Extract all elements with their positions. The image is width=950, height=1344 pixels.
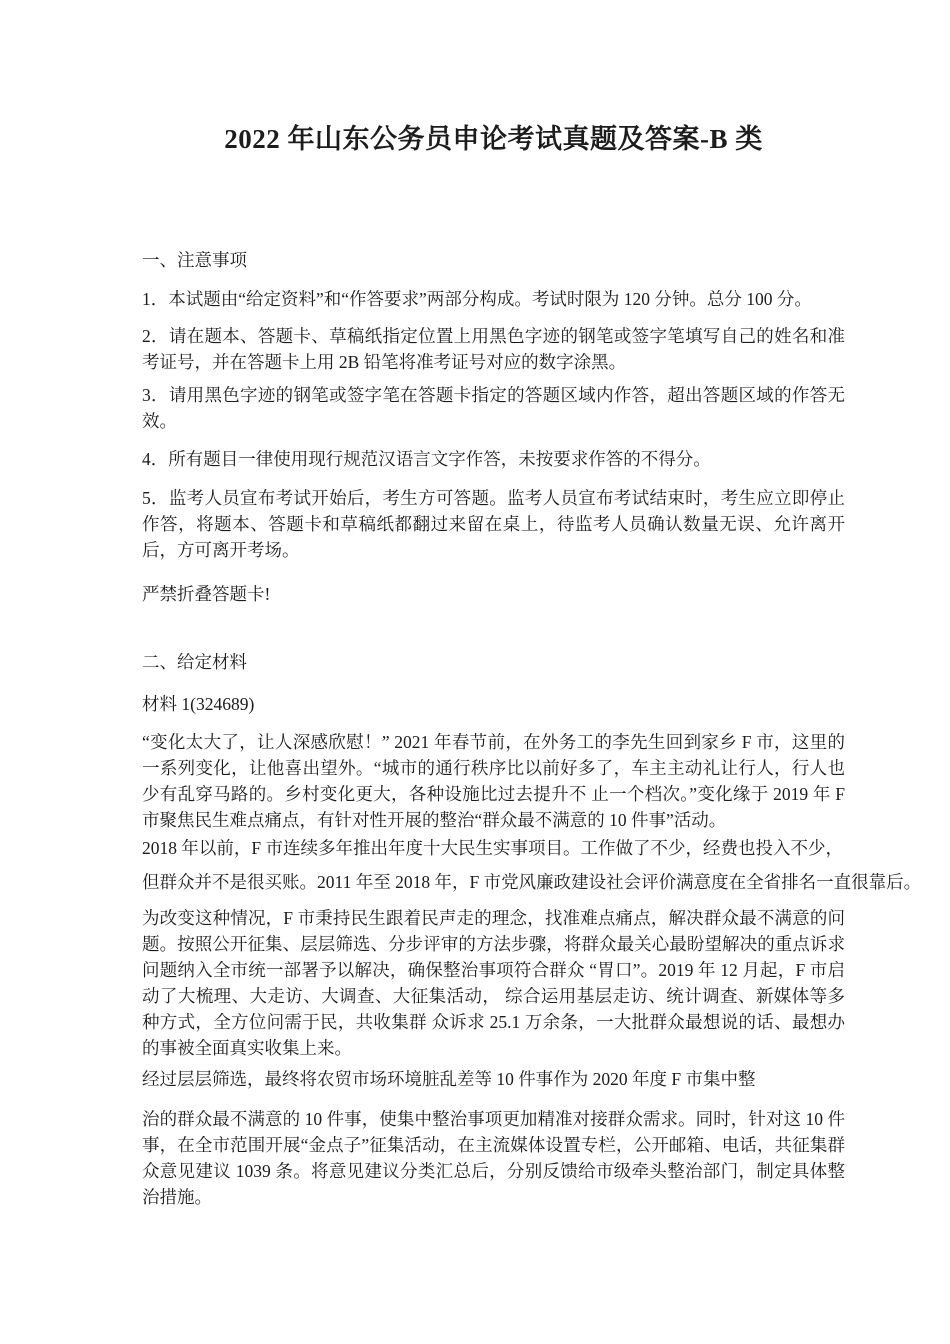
material-paragraph-5: 经过层层筛选，最终将农贸市场环境脏乱差等 10 件事作为 2020 年度 F 市… [142, 1066, 845, 1092]
section-heading-notes: 一、注意事项 [142, 247, 845, 273]
material-paragraph-3: 但群众并不是很买账。2011 年至 2018 年，F 市党风廉政建设社会评价满意… [142, 869, 845, 895]
note-item-3: 3．请用黑色字迹的钢笔或签字笔在答题卡指定的答题区域内作答，超出答题区域的作答无… [142, 382, 845, 434]
note-item-1: 1．本试题由“给定资料”和“作答要求”两部分构成。考试时限为 120 分钟。总分… [142, 286, 845, 312]
material-paragraph-2: 2018 年以前，F 市连续多年推出年度十大民生实事项目。工作做了不少，经费也投… [142, 835, 845, 861]
document-page: 2022 年山东公务员申论考试真题及答案-B 类 一、注意事项 1．本试题由“给… [0, 0, 950, 1344]
material-paragraph-1: “变化太大了，让人深感欣慰！” 2021 年春节前，在外务工的李先生回到家乡 F… [142, 729, 845, 833]
document-title: 2022 年山东公务员申论考试真题及答案-B 类 [142, 118, 845, 160]
note-item-4: 4．所有题目一律使用现行规范汉语言文字作答，未按要求作答的不得分。 [142, 446, 845, 472]
note-item-2: 2．请在题本、答题卡、草稿纸指定位置上用黑色字迹的钢笔或签字笔填写自己的姓名和准… [142, 323, 845, 375]
warning-do-not-fold-answer-sheet: 严禁折叠答题卡! [142, 581, 845, 607]
material-paragraph-6: 治的群众最不满意的 10 件事，使集中整治事项更加精准对接群众需求。同时，针对这… [142, 1106, 845, 1210]
note-item-5: 5．监考人员宣布考试开始后，考生方可答题。监考人员宣布考试结束时，考生应立即停止… [142, 485, 845, 563]
material-paragraph-4: 为改变这种情况，F 市秉持民生跟着民声走的理念，找准难点痛点，解决群众最不满意的… [142, 905, 845, 1061]
section-heading-materials: 二、给定材料 [142, 649, 845, 675]
material-1-label: 材料 1(324689) [142, 691, 845, 717]
